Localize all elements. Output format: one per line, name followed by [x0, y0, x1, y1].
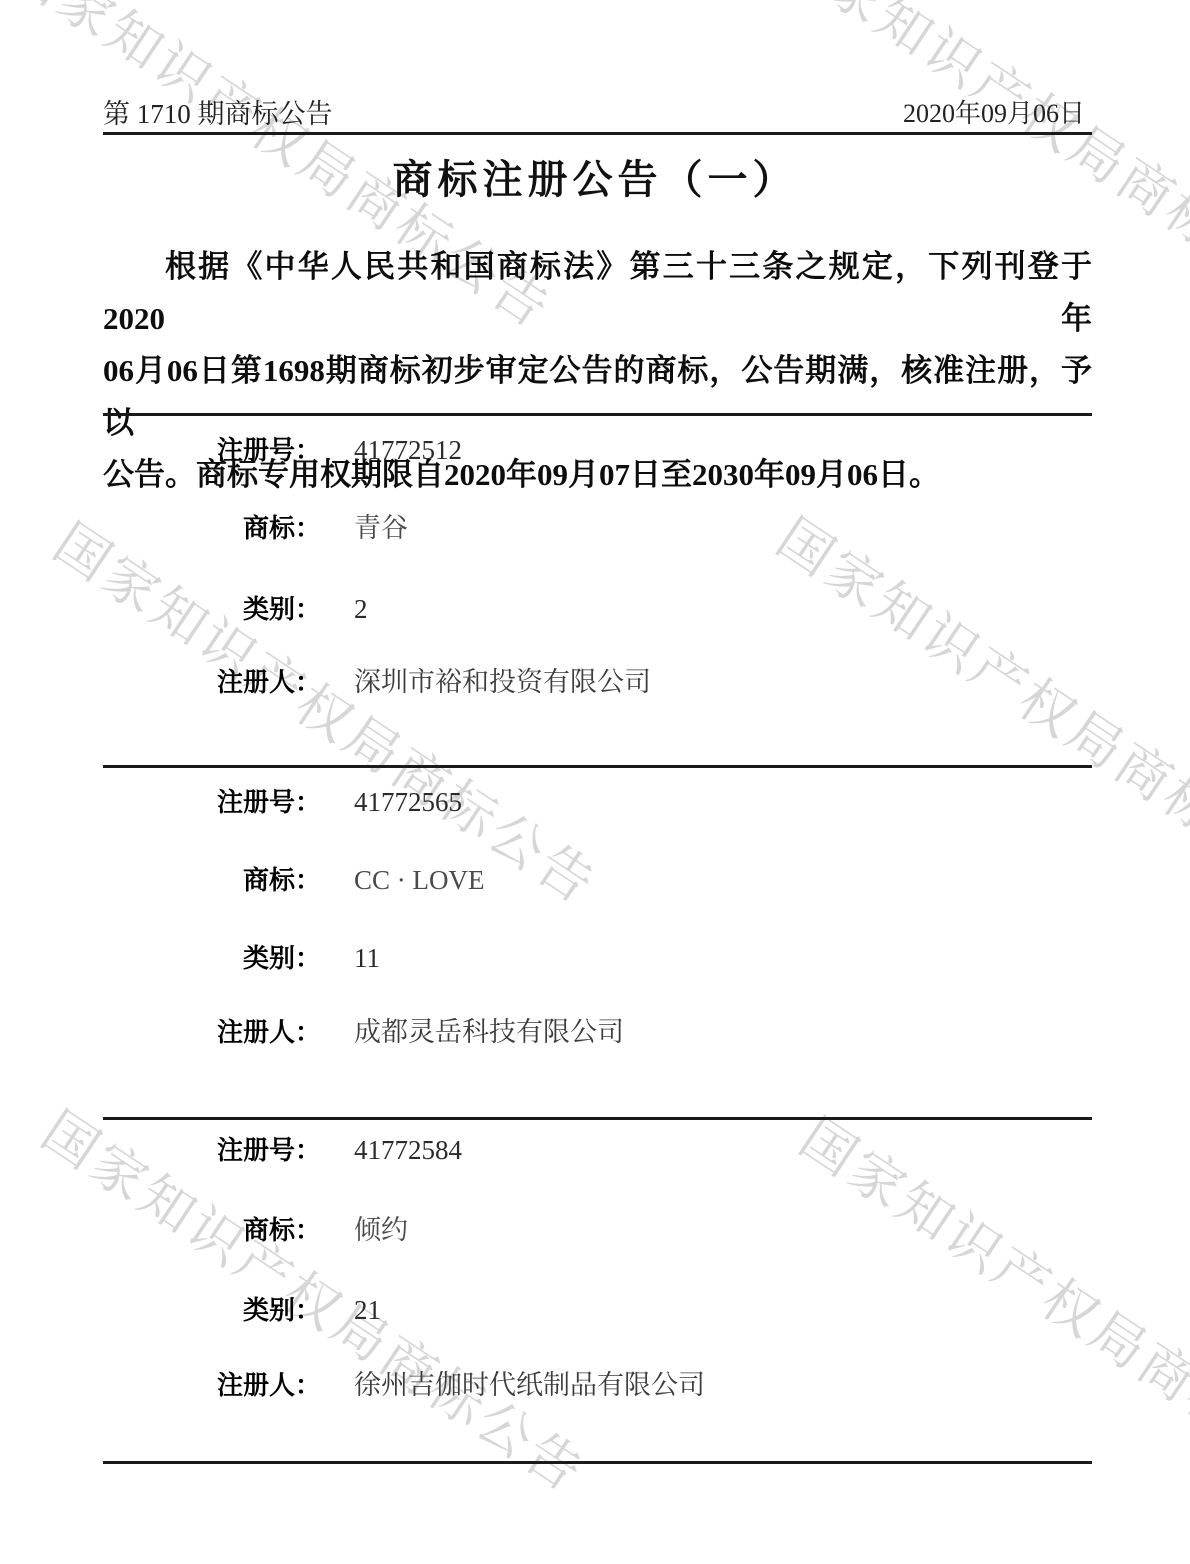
category-label: 类别： [103, 941, 321, 975]
registrant-value: 徐州吉伽时代纸制品有限公司 [354, 1368, 705, 1402]
category-value: 21 [354, 1293, 381, 1327]
reg-no-value: 41772584 [354, 1133, 462, 1167]
category-label: 类别： [103, 1293, 321, 1327]
bottom-rule [103, 1461, 1092, 1464]
registrant-label: 注册人： [103, 1368, 321, 1402]
reg-no-value: 41772565 [354, 785, 462, 819]
trademark-label: 商标： [103, 863, 321, 897]
header-date: 2020年09月06日 [903, 93, 1085, 130]
reg-no-label: 注册号： [103, 1133, 321, 1167]
trademark-label: 商标： [103, 511, 321, 545]
page-content: 第 1710 期商标公告 2020年09月06日 商标注册公告（一） 根据《中华… [0, 0, 1190, 1564]
registrant-value: 成都灵岳科技有限公司 [354, 1015, 624, 1049]
registrant-label: 注册人： [103, 1015, 321, 1049]
section-separator [103, 413, 1092, 416]
category-value: 11 [354, 941, 380, 975]
page-title: 商标注册公告（一） [0, 148, 1190, 205]
trademark-value: 青谷 [354, 511, 408, 545]
header-issue-label: 第 1710 期商标公告 [103, 92, 333, 131]
category-label: 类别： [103, 592, 321, 626]
header-rule [103, 132, 1092, 135]
reg-no-value: 41772512 [354, 433, 462, 467]
category-value: 2 [354, 592, 368, 626]
section-separator [103, 765, 1092, 768]
section-separator [103, 1117, 1092, 1120]
intro-line-1: 根据《中华人民共和国商标法》第三十三条之规定，下列刊登于2020年 [103, 241, 1092, 345]
gazette-page: 国家知识产权局商标公告 国家知识产权局商标公告 国家知识产权局商标公告 国家知识… [0, 0, 1190, 1564]
registrant-value: 深圳市裕和投资有限公司 [354, 665, 651, 699]
trademark-label: 商标： [103, 1213, 321, 1247]
trademark-value: CC · LOVE [354, 863, 485, 897]
trademark-value: 倾约 [354, 1213, 408, 1247]
registrant-label: 注册人： [103, 665, 321, 699]
reg-no-label: 注册号： [103, 433, 321, 467]
reg-no-label: 注册号： [103, 785, 321, 819]
